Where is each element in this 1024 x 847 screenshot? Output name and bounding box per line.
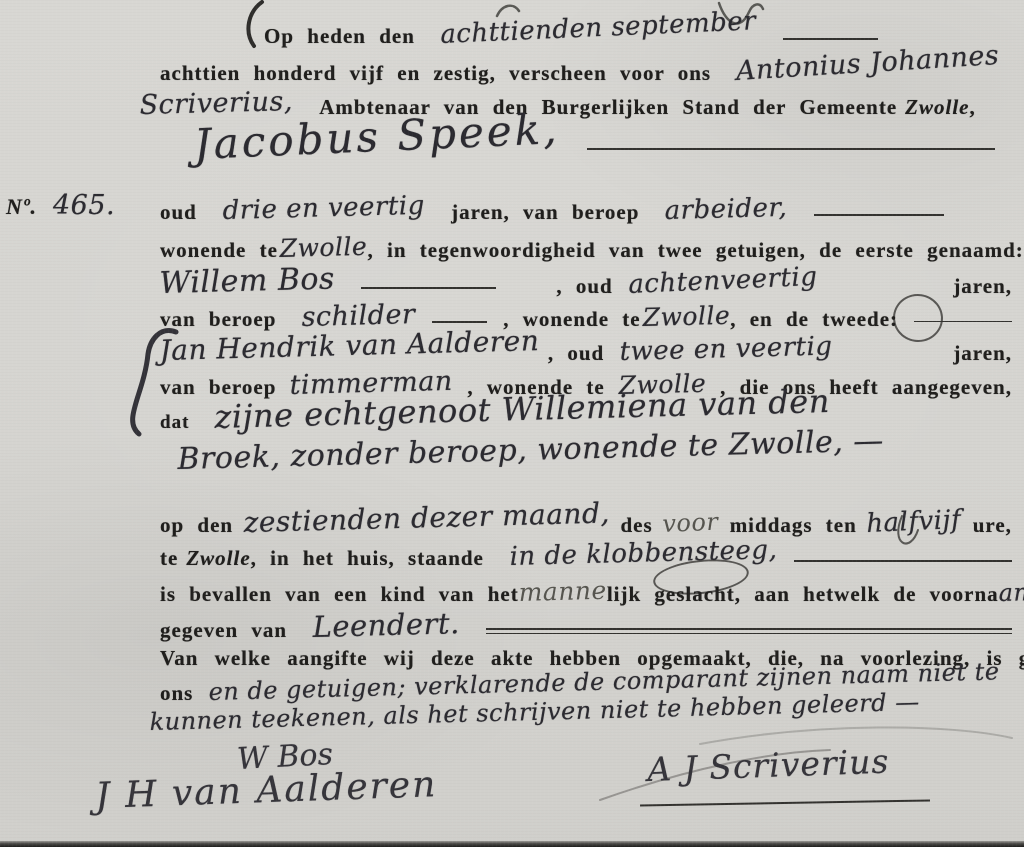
- act-number-value: 465.: [53, 190, 115, 221]
- handwritten-daypart: voor: [662, 508, 719, 538]
- printed-text: wonende te: [160, 238, 278, 263]
- printed-text: Op heden den: [264, 24, 415, 49]
- handwritten-name-suffix: am is: [998, 577, 1024, 607]
- printed-text: middags ten: [730, 513, 857, 538]
- printed-text: ure,: [973, 513, 1012, 538]
- ruled-blank-line-double: [486, 628, 1012, 634]
- printed-text: , oud: [548, 341, 604, 366]
- line-child-name: gegeven van Leendert.: [160, 610, 1012, 644]
- signature-witness2: J H van Aalderen: [95, 764, 438, 817]
- handwritten-witness2-age: twee en veertig: [619, 331, 833, 367]
- ruled-blank-line: [914, 321, 1012, 322]
- printed-text: , in het huis, staande: [251, 546, 484, 571]
- ruled-blank-line: [814, 214, 944, 216]
- printed-municipality: Zwolle: [186, 546, 250, 571]
- printed-text: jaren,: [953, 341, 1012, 366]
- line-age-occupation: oud drie en veertig jaren, van beroep ar…: [160, 196, 1012, 226]
- scan-bottom-edge: [0, 841, 1024, 847]
- printed-text: , en de tweede:: [730, 307, 898, 332]
- ruled-blank-line: [361, 287, 496, 289]
- printed-text: op den: [160, 513, 233, 538]
- line-birth-house: te Zwolle , in het huis, staande in de k…: [160, 542, 1012, 572]
- handwritten-birth-day: zestienden dezer maand,: [243, 496, 610, 539]
- printed-text: van beroep: [160, 307, 276, 332]
- signature-official: A J Scriverius: [647, 742, 890, 789]
- handwritten-date: achttienden september: [440, 6, 757, 50]
- line-declarant: Jacobus Speek,: [195, 120, 995, 169]
- act-number: Nº. 465.: [6, 190, 115, 221]
- line-mother-continued: Broek, zonder beroep, wonende te Zwolle,…: [178, 442, 1024, 477]
- handwritten-child-name: Leendert.: [312, 606, 460, 644]
- handwritten-age: drie en veertig: [222, 191, 425, 226]
- handwritten-sex: manne: [518, 576, 607, 607]
- printed-text: , oud: [556, 274, 612, 299]
- handwritten-witness1-age: achtenveertig: [627, 262, 817, 300]
- handwritten-residence: Zwolle: [279, 232, 367, 263]
- printed-text: dat: [160, 412, 189, 434]
- ruled-blank-line: [432, 321, 487, 323]
- line-closing-3: kunnen teekenen, als het schrijven niet …: [150, 708, 1002, 736]
- printed-text: des: [621, 513, 653, 538]
- scanned-birth-record: Nº. 465. Op heden den achttienden septem…: [0, 0, 1024, 847]
- printed-text: , in tegenwoordigheid van twee getuigen,…: [368, 238, 1024, 263]
- handwritten-witness1-residence: Zwolle: [642, 301, 730, 332]
- printed-text: gegeven van: [160, 618, 287, 643]
- handwritten-occupation: arbeider,: [665, 193, 788, 226]
- signature-underline: [640, 799, 930, 806]
- printed-text: jaren, van beroep: [451, 200, 639, 225]
- line-witness1-occupation: van beroep schilder , wonende te Zwolle …: [160, 302, 1012, 333]
- ruled-blank-line: [783, 38, 878, 40]
- line-residence: wonende te Zwolle , in tegenwoordigheid …: [160, 234, 1012, 263]
- act-number-label: Nº.: [6, 194, 37, 220]
- line-child-sex: is bevallen van een kind van het manne l…: [160, 578, 1012, 607]
- handwritten-address: in de klobbensteeg,: [509, 535, 777, 572]
- ruled-blank-line: [587, 148, 995, 150]
- printed-text: ,: [969, 95, 975, 120]
- printed-municipality: Zwolle: [905, 95, 969, 120]
- printed-text: oud: [160, 200, 197, 225]
- line-year: achttien honderd vijf en zestig, versche…: [160, 56, 1012, 87]
- printed-text: lijk geslacht, aan hetwelk de voorna: [607, 582, 999, 607]
- ruled-blank-line: [794, 560, 1012, 562]
- printed-text: jaren,: [953, 274, 1012, 299]
- line-birth-time: op den zestienden dezer maand, des voor …: [160, 506, 1012, 539]
- handwritten-hour: halfvijf: [866, 505, 962, 539]
- printed-text: ons: [160, 681, 193, 706]
- printed-text: is bevallen van een kind van het: [160, 582, 519, 607]
- line-witness1: Willem Bos , oud achtenveertig jaren,: [160, 266, 1012, 301]
- handwritten-witness1-name: Willem Bos: [159, 261, 335, 301]
- line-witness2: Jan Hendrik van Aalderen , oud twee en v…: [160, 334, 1012, 367]
- printed-text: te: [160, 546, 178, 571]
- printed-text: achttien honderd vijf en zestig, versche…: [160, 61, 711, 86]
